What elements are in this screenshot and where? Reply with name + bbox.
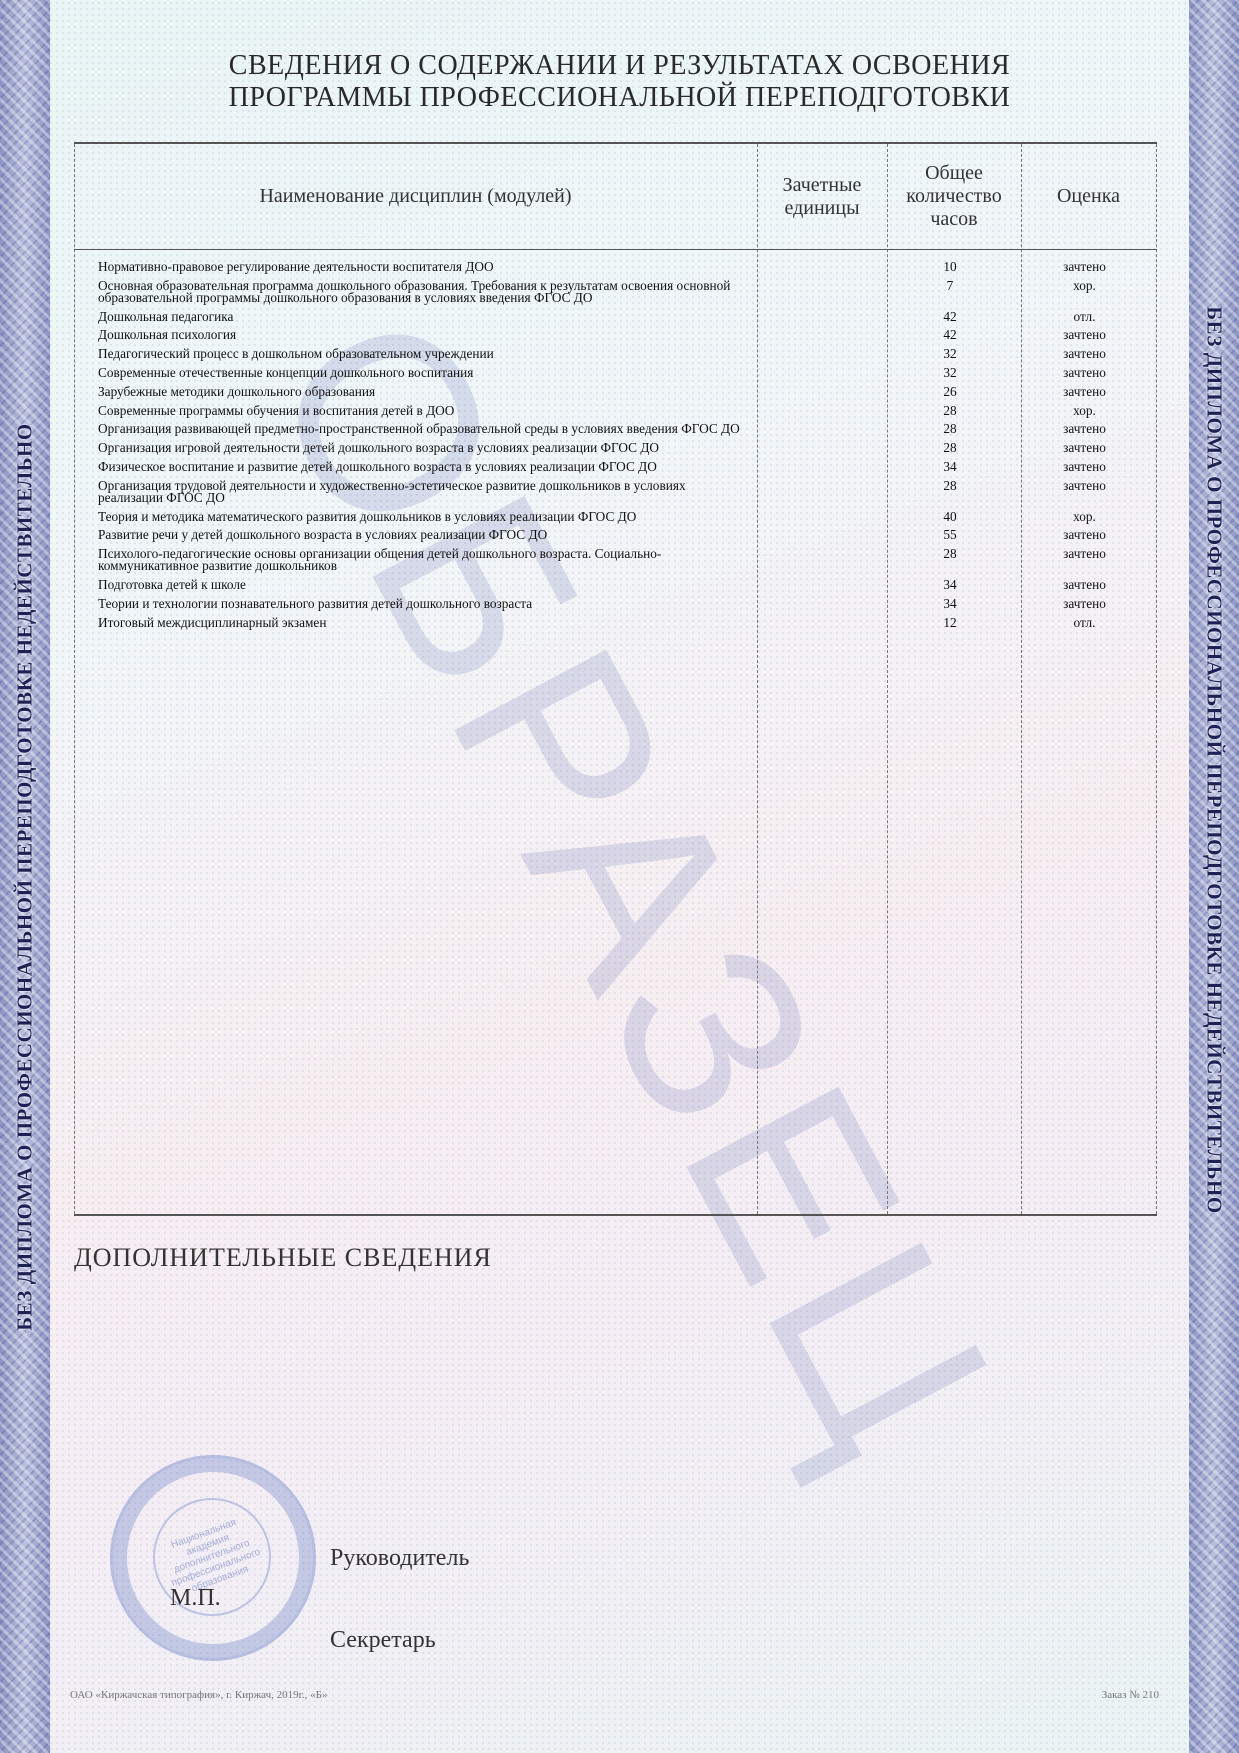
- credits-cell: [748, 386, 883, 398]
- hours-cell: 28: [883, 423, 1017, 435]
- discipline-name: Дошкольная педагогика: [98, 311, 748, 323]
- header-discipline-name: Наименование дисциплин (модулей): [74, 144, 757, 249]
- hours-cell: 32: [883, 348, 1017, 360]
- discipline-name: Организация трудовой деятельности и худо…: [98, 480, 748, 504]
- grade-cell: зачтено: [1017, 367, 1152, 379]
- table-row: Дошкольная психология42зачтено: [98, 329, 1158, 341]
- hours-cell: 28: [883, 480, 1017, 504]
- title-line-2: ПРОГРАММЫ ПРОФЕССИОНАЛЬНОЙ ПЕРЕПОДГОТОВК…: [0, 82, 1239, 114]
- table-row: Теории и технологии познавательного разв…: [98, 598, 1158, 610]
- credits-cell: [748, 367, 883, 379]
- header-hours-line: количество: [906, 185, 1001, 208]
- stamp-place-label: М.П.: [170, 1585, 221, 1612]
- grade-cell: зачтено: [1017, 348, 1152, 360]
- grade-cell: отл.: [1017, 617, 1152, 629]
- credits-cell: [748, 548, 883, 572]
- discipline-name: Итоговый междисциплинарный экзамен: [98, 617, 748, 629]
- hours-cell: 34: [883, 579, 1017, 591]
- hours-cell: 28: [883, 548, 1017, 572]
- credits-cell: [748, 529, 883, 541]
- discipline-name: Основная образовательная программа дошко…: [98, 280, 748, 304]
- column-divider: [74, 144, 75, 1214]
- order-number: Заказ № 210: [1102, 1689, 1159, 1701]
- head-signature-label: Руководитель: [330, 1545, 469, 1572]
- hours-cell: 28: [883, 405, 1017, 417]
- discipline-name: Организация развивающей предметно-простр…: [98, 423, 748, 435]
- grade-cell: хор.: [1017, 405, 1152, 417]
- discipline-name: Развитие речи у детей дошкольного возрас…: [98, 529, 748, 541]
- discipline-name: Дошкольная психология: [98, 329, 748, 341]
- printer-imprint: ОАО «Киржачская типография», г. Киржач, …: [70, 1689, 328, 1701]
- disciplines-table: Наименование дисциплин (модулей) Зачетны…: [74, 142, 1157, 1216]
- discipline-name: Теория и методика математического развит…: [98, 511, 748, 523]
- credits-cell: [748, 280, 883, 304]
- table-row: Организация развивающей предметно-простр…: [98, 423, 1158, 435]
- table-row: Зарубежные методики дошкольного образова…: [98, 386, 1158, 398]
- discipline-name: Теории и технологии познавательного разв…: [98, 598, 748, 610]
- credits-cell: [748, 442, 883, 454]
- grade-cell: зачтено: [1017, 423, 1152, 435]
- credits-cell: [748, 311, 883, 323]
- secretary-signature-label: Секретарь: [330, 1627, 436, 1654]
- official-stamp: Национальная академия дополнительного пр…: [110, 1455, 316, 1661]
- hours-cell: 32: [883, 367, 1017, 379]
- table-row: Современные программы обучения и воспита…: [98, 405, 1158, 417]
- credits-cell: [748, 511, 883, 523]
- discipline-name: Психолого-педагогические основы организа…: [98, 548, 748, 572]
- discipline-name: Подготовка детей к школе: [98, 579, 748, 591]
- grade-cell: зачтено: [1017, 598, 1152, 610]
- grade-cell: отл.: [1017, 311, 1152, 323]
- hours-cell: 34: [883, 461, 1017, 473]
- hours-cell: 7: [883, 280, 1017, 304]
- grade-cell: зачтено: [1017, 386, 1152, 398]
- table-row: Итоговый междисциплинарный экзамен12отл.: [98, 617, 1158, 629]
- discipline-name: Современные отечественные концепции дошк…: [98, 367, 748, 379]
- left-border-text: БЕЗ ДИПЛОМА О ПРОФЕССИОНАЛЬНОЙ ПЕРЕПОДГО…: [13, 423, 38, 1330]
- credits-cell: [748, 461, 883, 473]
- table-row: Развитие речи у детей дошкольного возрас…: [98, 529, 1158, 541]
- hours-cell: 42: [883, 329, 1017, 341]
- table-row: Дошкольная педагогика42отл.: [98, 311, 1158, 323]
- hours-cell: 26: [883, 386, 1017, 398]
- hours-cell: 40: [883, 511, 1017, 523]
- credits-cell: [748, 579, 883, 591]
- right-border-text: БЕЗ ДИПЛОМА О ПРОФЕССИОНАЛЬНОЙ ПЕРЕПОДГО…: [1202, 306, 1227, 1213]
- grade-cell: зачтено: [1017, 480, 1152, 504]
- header-grade: Оценка: [1021, 144, 1156, 249]
- credits-cell: [748, 598, 883, 610]
- credits-cell: [748, 405, 883, 417]
- credits-cell: [748, 480, 883, 504]
- table-row: Современные отечественные концепции дошк…: [98, 367, 1158, 379]
- grade-cell: зачтено: [1017, 261, 1152, 273]
- discipline-name: Физическое воспитание и развитие детей д…: [98, 461, 748, 473]
- hours-cell: 42: [883, 311, 1017, 323]
- credits-cell: [748, 423, 883, 435]
- credits-cell: [748, 261, 883, 273]
- header-hours-line: часов: [906, 208, 1001, 231]
- discipline-name: Педагогический процесс в дошкольном обра…: [98, 348, 748, 360]
- table-row: Организация игровой деятельности детей д…: [98, 442, 1158, 454]
- credits-cell: [748, 617, 883, 629]
- table-row: Психолого-педагогические основы организа…: [98, 548, 1158, 572]
- left-security-border: БЕЗ ДИПЛОМА О ПРОФЕССИОНАЛЬНОЙ ПЕРЕПОДГО…: [0, 0, 50, 1753]
- credits-cell: [748, 348, 883, 360]
- table-row: Теория и методика математического развит…: [98, 511, 1158, 523]
- grade-cell: зачтено: [1017, 442, 1152, 454]
- table-row: Физическое воспитание и развитие детей д…: [98, 461, 1158, 473]
- grade-cell: зачтено: [1017, 548, 1152, 572]
- hours-cell: 55: [883, 529, 1017, 541]
- page-title: СВЕДЕНИЯ О СОДЕРЖАНИИ И РЕЗУЛЬТАТАХ ОСВО…: [0, 50, 1239, 114]
- credits-cell: [748, 329, 883, 341]
- grade-cell: зачтено: [1017, 461, 1152, 473]
- title-line-1: СВЕДЕНИЯ О СОДЕРЖАНИИ И РЕЗУЛЬТАТАХ ОСВО…: [0, 50, 1239, 82]
- grade-cell: зачтено: [1017, 329, 1152, 341]
- header-hours-line: Общее: [906, 162, 1001, 185]
- discipline-name: Организация игровой деятельности детей д…: [98, 442, 748, 454]
- table-row: Нормативно-правовое регулирование деятел…: [98, 261, 1158, 273]
- header-hours: Общее количество часов: [887, 144, 1021, 249]
- hours-cell: 12: [883, 617, 1017, 629]
- discipline-name: Нормативно-правовое регулирование деятел…: [98, 261, 748, 273]
- table-header: Наименование дисциплин (модулей) Зачетны…: [74, 144, 1157, 250]
- table-body: Нормативно-правовое регулирование деятел…: [98, 261, 1158, 635]
- additional-info-heading: ДОПОЛНИТЕЛЬНЫЕ СВЕДЕНИЯ: [74, 1243, 492, 1273]
- grade-cell: хор.: [1017, 280, 1152, 304]
- right-security-border: БЕЗ ДИПЛОМА О ПРОФЕССИОНАЛЬНОЙ ПЕРЕПОДГО…: [1189, 0, 1239, 1753]
- hours-cell: 28: [883, 442, 1017, 454]
- header-credits-line: Зачетные: [783, 174, 862, 197]
- hours-cell: 34: [883, 598, 1017, 610]
- grade-cell: хор.: [1017, 511, 1152, 523]
- discipline-name: Современные программы обучения и воспита…: [98, 405, 748, 417]
- table-row: Организация трудовой деятельности и худо…: [98, 480, 1158, 504]
- hours-cell: 10: [883, 261, 1017, 273]
- table-row: Подготовка детей к школе34зачтено: [98, 579, 1158, 591]
- grade-cell: зачтено: [1017, 579, 1152, 591]
- grade-cell: зачтено: [1017, 529, 1152, 541]
- header-credits-line: единицы: [783, 197, 862, 220]
- table-row: Педагогический процесс в дошкольном обра…: [98, 348, 1158, 360]
- header-credits: Зачетные единицы: [757, 144, 887, 249]
- discipline-name: Зарубежные методики дошкольного образова…: [98, 386, 748, 398]
- table-row: Основная образовательная программа дошко…: [98, 280, 1158, 304]
